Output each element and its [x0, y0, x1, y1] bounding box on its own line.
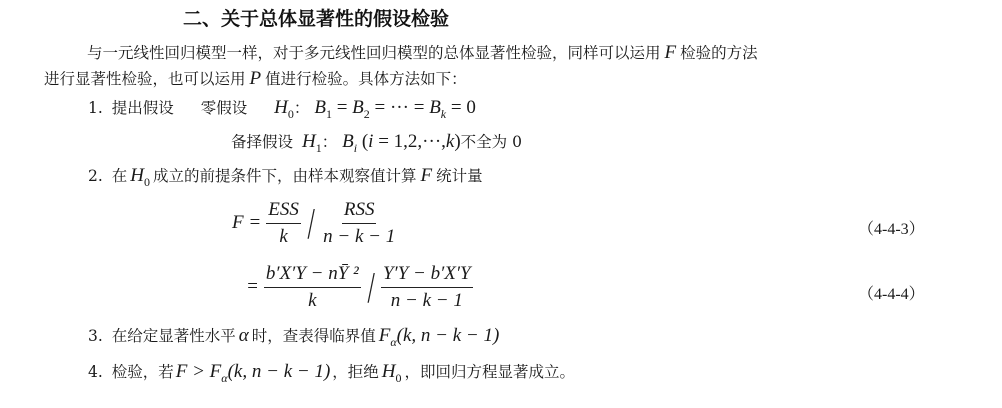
- intro-text: 值进行检验。具体方法如下：: [265, 70, 467, 88]
- intro-text: 检验的方法: [680, 44, 758, 62]
- alt-hypothesis-tail: 不全为 0: [461, 133, 522, 151]
- intro-line-1: 与一元线性回归模型一样，对于多元线性回归模型的总体显著性检验，同样可以运用F检验…: [87, 41, 758, 64]
- critical-value: Fα(k, n − k − 1): [379, 325, 500, 346]
- step-1-alt-hypothesis: 备择假设 H1： Bi (i = 1,2,···,k)不全为 0: [231, 130, 522, 156]
- equation-lhs: =: [246, 276, 259, 297]
- section-title: 二、关于总体显著性的假设检验: [183, 4, 449, 31]
- step-1-null-hypothesis: 1. 提出假设 零假设 H0： B1 = B2 = ··· = Bk = 0: [88, 96, 476, 122]
- fraction-ess-over-k: ESSk: [266, 199, 301, 248]
- fraction-rss-over-dof: RSSn − k − 1: [321, 199, 397, 248]
- null-hypothesis-label: 零假设: [201, 99, 248, 117]
- step-4: 4. 检验，若F > Fα(k, n − k − 1)，拒绝H0，即回归方程显著…: [88, 360, 575, 386]
- equation-number: （4-4-4）: [858, 281, 925, 304]
- step-3: 3. 在给定显著性水平α时，查表得临界值Fα(k, n − k − 1): [88, 324, 499, 350]
- step-2: 2. 在H0成立的前提条件下，由样本观察值计算F统计量: [88, 164, 483, 190]
- alt-hypothesis-label: 备择假设: [231, 133, 293, 151]
- step-label: 提出假设: [112, 99, 174, 117]
- null-hypothesis-expr: B1 = B2 = ··· = Bk = 0: [314, 97, 476, 118]
- math-var-p: P: [250, 68, 262, 89]
- equation-4-4-3: F = ESSk/RSSn − k − 1: [232, 198, 397, 249]
- intro-text: 与一元线性回归模型一样，对于多元线性回归模型的总体显著性检验，同样可以运用: [87, 44, 661, 62]
- null-hypothesis-symbol: H0: [274, 97, 294, 118]
- division-slash: /: [307, 198, 314, 249]
- alpha-symbol: α: [239, 325, 249, 346]
- math-var-f: F: [665, 42, 677, 63]
- intro-text: 进行显著性检验，也可以运用: [44, 70, 246, 88]
- alt-hypothesis-symbol: H1: [302, 131, 322, 152]
- step-number: 2.: [88, 167, 103, 185]
- step-number: 1.: [88, 99, 103, 117]
- equation-lhs: F =: [232, 212, 261, 233]
- fraction-ess-matrix-over-k: b′X′Y − nȲ ²k: [264, 263, 361, 312]
- step-number: 3.: [88, 327, 103, 345]
- rejection-condition: F > Fα(k, n − k − 1): [176, 361, 331, 382]
- h0-symbol: H0: [382, 361, 402, 382]
- fraction-rss-matrix-over-dof: Y′Y − b′X′Yn − k − 1: [381, 263, 473, 312]
- division-slash: /: [367, 262, 374, 313]
- alt-hypothesis-expr: Bi (i = 1,2,···,k): [342, 131, 461, 152]
- equation-4-4-4: = b′X′Y − nȲ ²k/Y′Y − b′X′Yn − k − 1: [246, 262, 473, 313]
- step-number: 4.: [88, 363, 103, 381]
- equation-number: （4-4-3）: [858, 216, 925, 239]
- math-var-f: F: [421, 165, 433, 186]
- h0-symbol: H0: [130, 165, 150, 186]
- intro-line-2: 进行显著性检验，也可以运用P值进行检验。具体方法如下：: [44, 67, 467, 90]
